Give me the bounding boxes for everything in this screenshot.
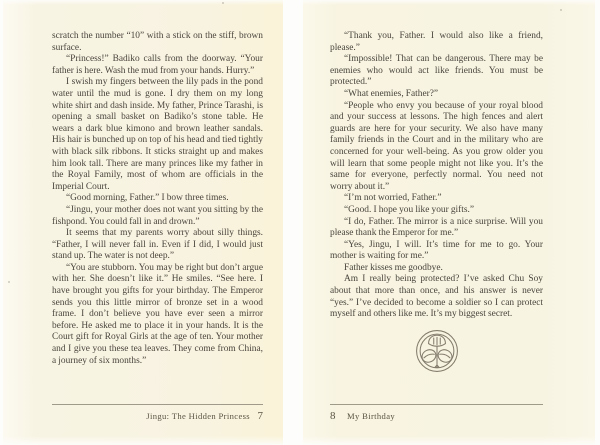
paragraph: “People who envy you because of your roy…	[330, 101, 543, 194]
running-title: Jingu: The Hidden Princess	[146, 411, 250, 421]
paragraph: “Princess!” Badiko calls from the doorwa…	[52, 54, 263, 77]
scan-speck	[8, 281, 10, 283]
paragraph: “What enemies, Father?”	[330, 89, 543, 101]
footer-rule	[330, 404, 543, 405]
right-page-body: “Thank you, Father. I would also like a …	[330, 31, 543, 374]
paragraph: “Thank you, Father. I would also like a …	[330, 31, 543, 54]
paragraph: “You are stubborn. You may be right but …	[52, 263, 263, 367]
paragraph: Am I really being protected? I’ve asked …	[330, 274, 543, 320]
scan-speck	[560, 9, 562, 11]
paragraph: “I’m not worried, Father.”	[330, 193, 543, 205]
page-number: 8	[330, 410, 336, 422]
right-page: “Thank you, Father. I would also like a …	[303, 0, 595, 445]
page-number: 7	[258, 410, 264, 422]
left-page: scratch the number “10” with a stick on …	[3, 0, 283, 445]
paragraph: “Good. I hope you like your gifts.”	[330, 205, 543, 217]
left-footer-line: Jingu: The Hidden Princess 7	[52, 410, 263, 422]
left-page-body: scratch the number “10” with a stick on …	[52, 31, 263, 367]
footer-rule	[52, 404, 263, 405]
chapter-end-crest-icon	[414, 328, 460, 374]
paragraph: Father kisses me goodbye.	[330, 263, 543, 275]
paragraph: “I do, Father. The mirror is a nice surp…	[330, 217, 543, 240]
paragraph: It seems that my parents worry about sil…	[52, 228, 263, 263]
right-footer-line: 8 My Birthday	[330, 410, 543, 422]
right-page-footer: 8 My Birthday	[330, 404, 543, 422]
paragraph: “Good morning, Father.” I bow three time…	[52, 193, 263, 205]
chapter-title: My Birthday	[347, 411, 395, 421]
left-page-footer: Jingu: The Hidden Princess 7	[52, 404, 263, 422]
book-scan: scratch the number “10” with a stick on …	[0, 0, 600, 445]
paragraph: “Yes, Jingu, I will. It’s time for me to…	[330, 240, 543, 263]
paragraph: “Jingu, your mother does not want you si…	[52, 205, 263, 228]
paragraph: I swish my fingers between the lily pads…	[52, 77, 263, 193]
scan-speck	[222, 2, 224, 4]
paragraph: “Impossible! That can be dangerous. Ther…	[330, 54, 543, 89]
paragraph: scratch the number “10” with a stick on …	[52, 31, 263, 54]
